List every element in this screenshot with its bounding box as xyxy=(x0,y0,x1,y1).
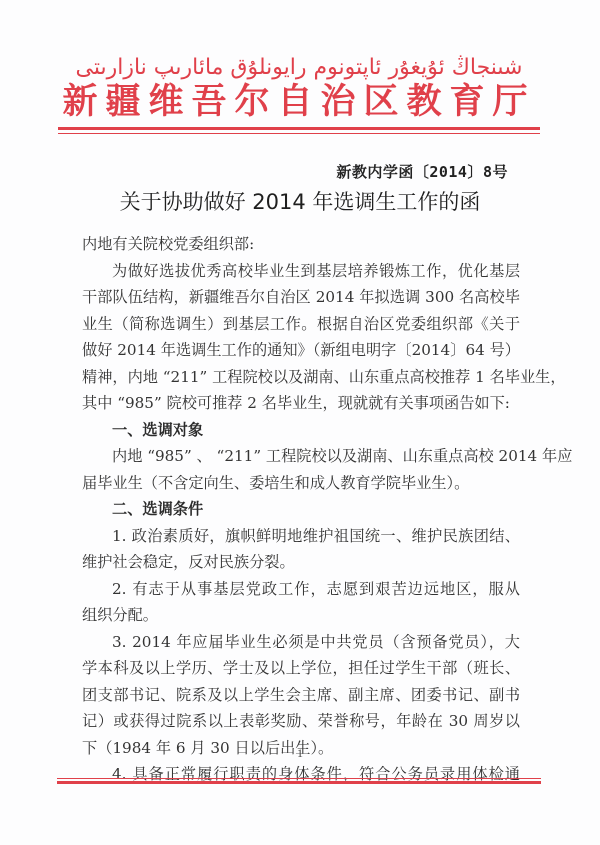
section-line: 内地 “985” 、 “211” 工程院校以及湖南、山东重点高校 2014 年应 xyxy=(82,443,520,470)
letterhead-rule-thin xyxy=(58,133,540,134)
section-line: 届毕业生（不含定向生、委培生和成人教育学院毕业生）。 xyxy=(82,470,520,497)
section-heading-conditions: 二、选调条件 xyxy=(82,496,520,523)
intro-line: 为做好选拔优秀高校毕业生到基层培养锻炼工作，优化基层 xyxy=(82,258,520,285)
page-number: 1 xyxy=(295,746,305,761)
document-number: 新教内学函〔2014〕8号 xyxy=(336,162,508,182)
section-heading-targets: 一、选调对象 xyxy=(82,417,520,444)
letterhead-uyghur-name: شىنجاڭ ئۇيغۇر ئاپتونوم رايونلۇق مائارىپ … xyxy=(58,54,540,82)
intro-line: 其中 “985” 院校可推荐 2 名毕业生，现就就有关事项函告如下: xyxy=(82,390,520,417)
salutation: 内地有关院校党委组织部: xyxy=(82,231,520,258)
intro-line: 干部队伍结构，新疆维吾尔自治区 2014 年拟选调 300 名高校毕 xyxy=(82,284,520,311)
condition-item-2: 2. 有志于从事基层党政工作，志愿到艰苦边远地区，服从 xyxy=(82,576,520,603)
intro-line: 业生（简称选调生）到基层工作。根据自治区党委组织部《关于 xyxy=(82,311,520,338)
intro-line: 精神，内地 “211” 工程院校以及湖南、山东重点高校推荐 1 名毕业生， xyxy=(82,364,520,391)
letterhead-rule-thick xyxy=(58,127,540,130)
condition-item-1: 1. 政治素质好，旗帜鲜明地维护祖国统一、维护民族团结、 xyxy=(82,523,520,550)
letterhead-chinese-name: 新疆维吾尔自治区教育厅 xyxy=(58,82,540,122)
document-body: 内地有关院校党委组织部: 为做好选拔优秀高校毕业生到基层培养锻炼工作，优化基层 … xyxy=(82,231,520,788)
condition-item-1-cont: 维护社会稳定，反对民族分裂。 xyxy=(82,549,520,576)
condition-item-3-cont: 学本科及以上学历、学士及以上学位，担任过学生干部（班长、 xyxy=(82,655,520,682)
condition-item-3-cont: 记）或获得过院系以上表彰奖励、荣誉称号，年龄在 30 周岁以 xyxy=(82,708,520,735)
footer-rule-thick xyxy=(57,781,541,784)
intro-line: 做好 2014 年选调生工作的通知》（新组电明字〔2014〕64 号） xyxy=(82,337,520,364)
condition-item-2-cont: 组织分配。 xyxy=(82,602,520,629)
footer-rule-thin xyxy=(57,778,541,779)
condition-item-3: 3. 2014 年应届毕业生必须是中共党员（含预备党员），大 xyxy=(82,629,520,656)
document-page: شىنجاڭ ئۇيغۇر ئاپتونوم رايونلۇق مائارىپ … xyxy=(0,0,600,845)
document-title: 关于协助做好 2014 年选调生工作的函 xyxy=(60,188,540,216)
condition-item-3-cont: 团支部书记、院系及以上学生会主席、副主席、团委书记、副书 xyxy=(82,682,520,709)
